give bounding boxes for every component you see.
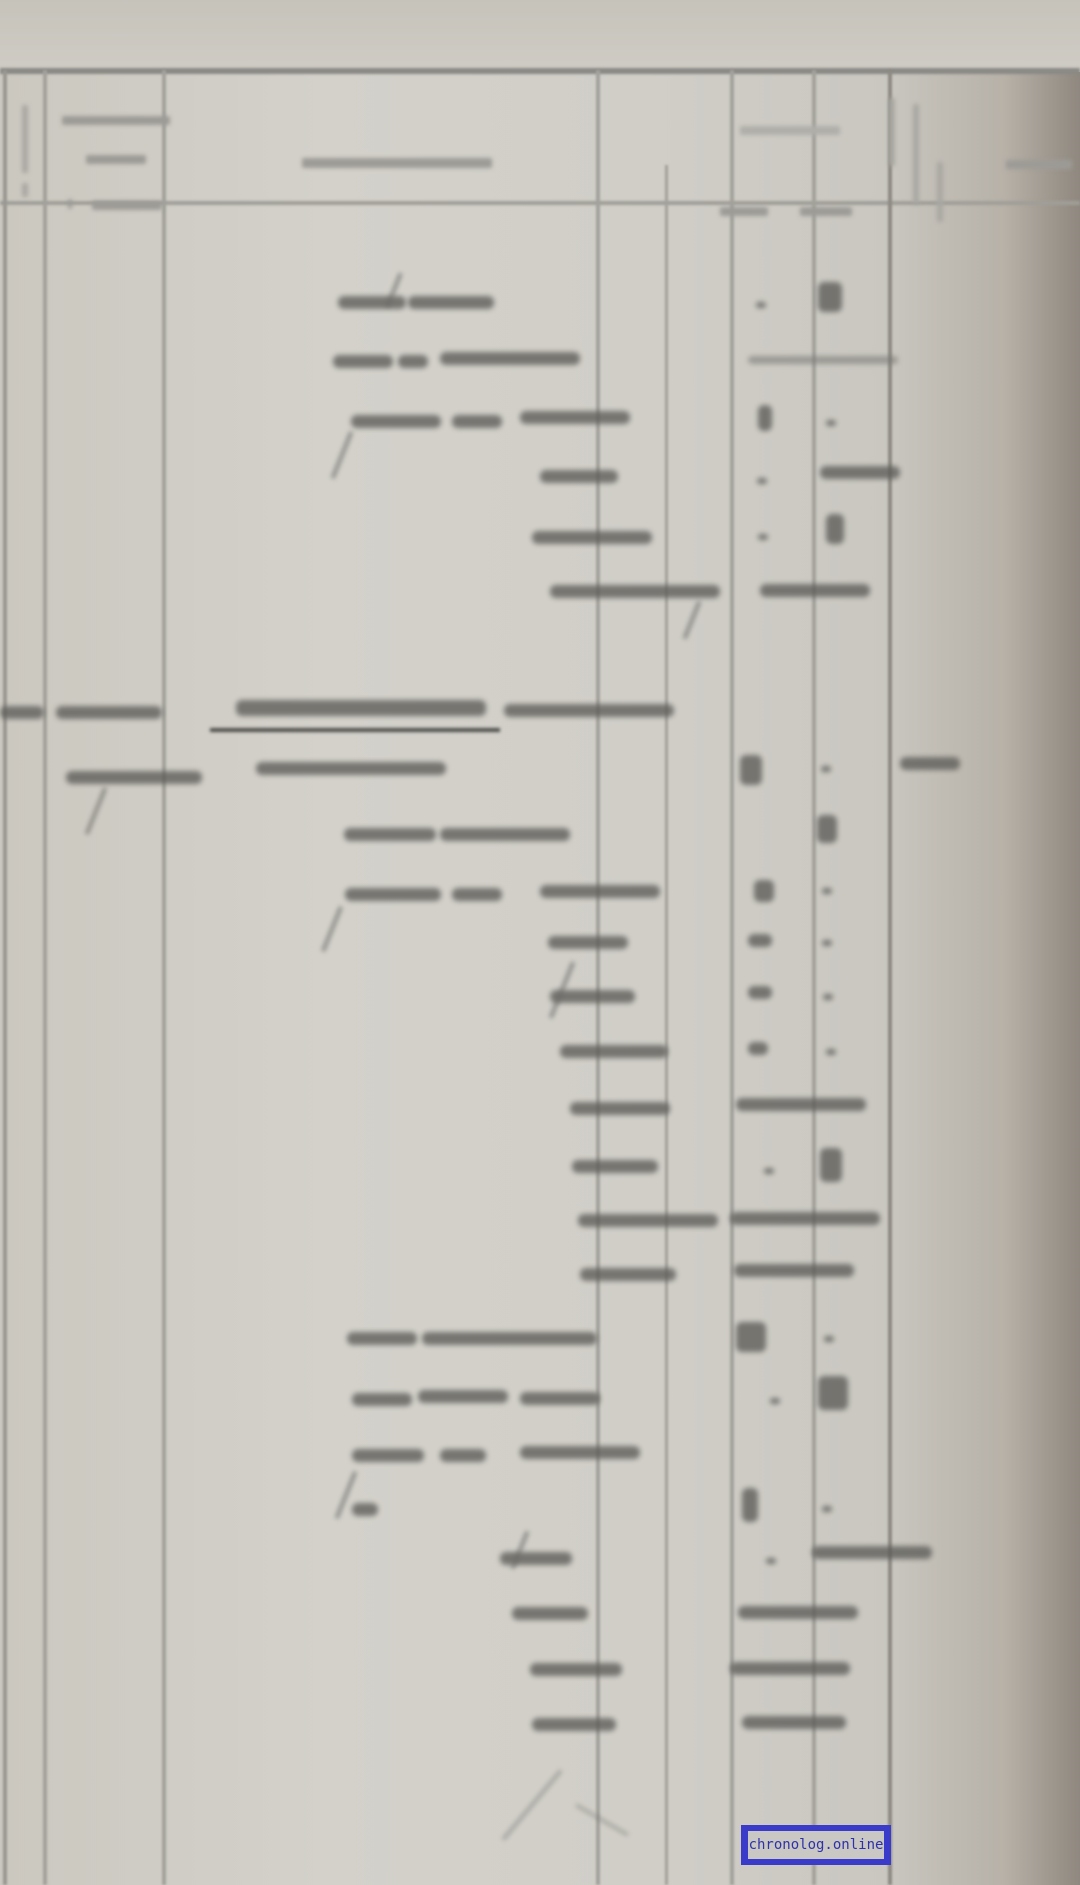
column-rule: [3, 70, 7, 1885]
column-rule: [665, 165, 668, 1885]
column-rule: [596, 70, 600, 1885]
column-rule: [43, 70, 47, 1885]
watermark-text: chronolog.online: [748, 1831, 884, 1859]
page-top-margin: [0, 0, 1080, 72]
column-rule: [730, 70, 734, 1885]
closing-stroke: [502, 1769, 563, 1841]
closing-stroke: [575, 1803, 629, 1836]
watermark-badge: chronolog.online: [741, 1825, 891, 1865]
column-rule: [888, 70, 892, 1885]
column-rule: [162, 70, 166, 1885]
